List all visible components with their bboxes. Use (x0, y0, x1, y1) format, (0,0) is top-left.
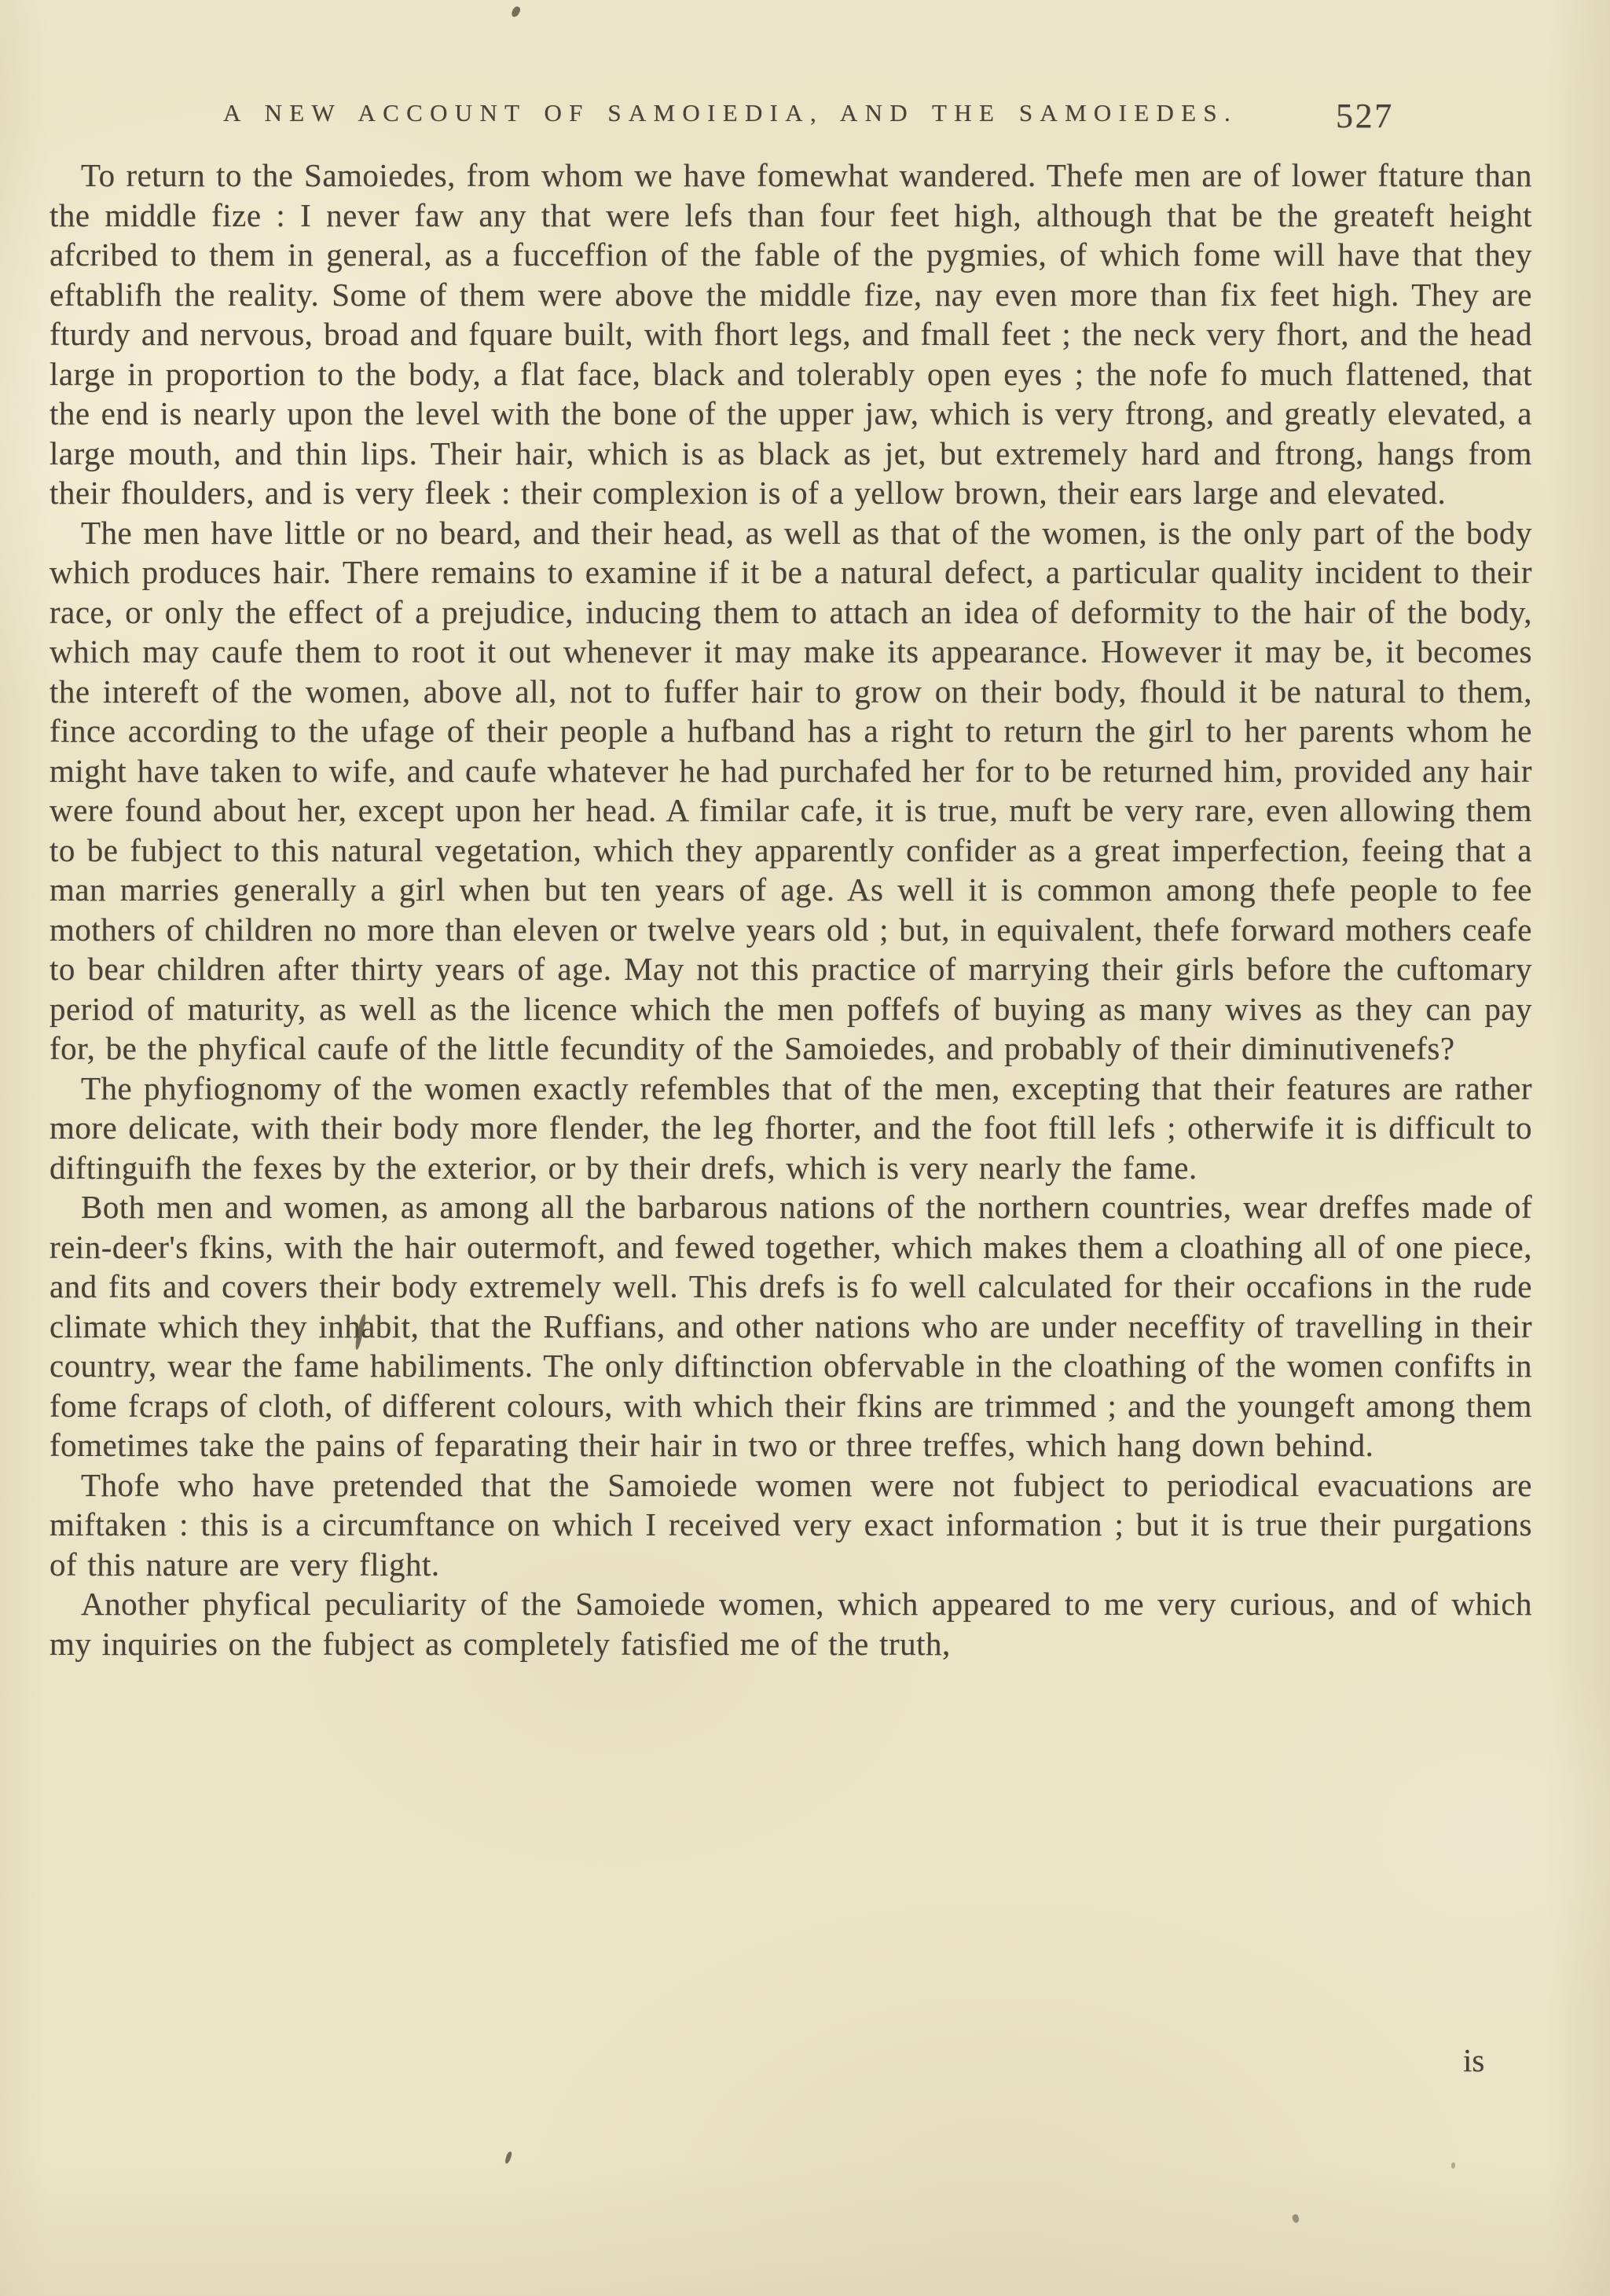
paragraph-3: The phyfiognomy of the women exactly ref… (50, 1069, 1532, 1188)
book-page: A NEW ACCOUNT OF SAMOIEDIA, AND THE SAMO… (0, 0, 1610, 2296)
page-number: 527 (1336, 96, 1394, 136)
ink-speck (1451, 2162, 1455, 2169)
ink-speck (1291, 2213, 1300, 2224)
paragraph-1: To return to the Samoiedes, from whom we… (50, 156, 1532, 513)
ink-speck (510, 6, 521, 18)
paragraph-2: The men have little or no beard, and the… (50, 513, 1532, 1069)
ink-speck (504, 2151, 513, 2164)
paragraph-5: Thofe who have pretended that the Samoie… (50, 1465, 1532, 1585)
paragraph-4: Both men and women, as among all the bar… (50, 1187, 1532, 1465)
paragraph-6: Another phyfical peculiarity of the Samo… (50, 1584, 1532, 1663)
page-body: To return to the Samoiedes, from whom we… (50, 156, 1532, 1663)
catchword: is (1463, 2041, 1484, 2079)
